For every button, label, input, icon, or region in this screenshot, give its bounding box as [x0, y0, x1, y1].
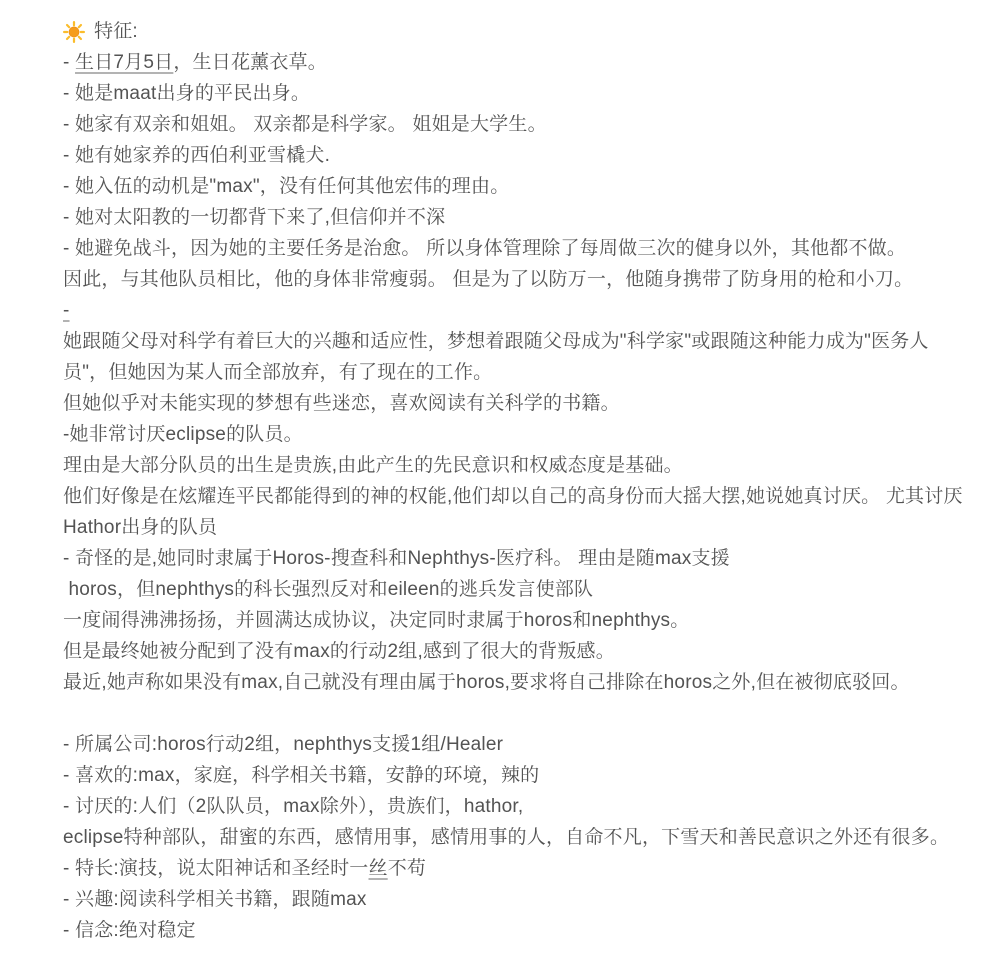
text-line: 因此，与其他队员相比，他的身体非常瘦弱。 但是为了以防万一，他随身携带了防身用的… [63, 264, 960, 295]
section-title: 特征: [94, 16, 138, 47]
text-line: - 她避免战斗，因为她的主要任务是治愈。 所以身体管理除了每周做三次的健身以外，… [63, 233, 960, 264]
text-line: - 生日7月5日，生日花薰衣草。 [63, 47, 960, 78]
text-line: - 她入伍的动机是"max"，没有任何其他宏伟的理由。 [63, 171, 960, 202]
text-line: 一度闹得沸沸扬扬，并圆满达成协议，决定同时隶属于horos和nephthys。 [63, 605, 960, 636]
text-line: - 喜欢的:max，家庭，科学相关书籍，安静的环境，辣的 [63, 760, 960, 791]
text-line: - 她对太阳教的一切都背下来了,但信仰并不深 [63, 202, 960, 233]
text-line: 最近,她声称如果没有max,自己就没有理由属于horos,要求将自己排除在hor… [63, 667, 960, 698]
section-header: 特征: [63, 16, 960, 47]
text-line [63, 698, 960, 729]
text-line: 理由是大部分队员的出生是贵族,由此产生的先民意识和权威态度是基础。 [63, 450, 960, 481]
text-line: - 她家有双亲和姐姐。 双亲都是科学家。 姐姐是大学生。 [63, 109, 960, 140]
text-line: 他们好像是在炫耀连平民都能得到的神的权能,他们却以自己的高身份而大摇大摆,她说她… [63, 481, 960, 512]
text-line: 但是最终她被分配到了没有max的行动2组,感到了很大的背叛感。 [63, 636, 960, 667]
text-line: - 讨厌的:人们（2队队员，max除外），贵族们，hathor, [63, 791, 960, 822]
text-line: - 她是maat出身的平民出身。 [63, 78, 960, 109]
text-line: horos，但nephthys的科长强烈反对和eileen的逃兵发言使部队 [63, 574, 960, 605]
text-line: 但她似乎对未能实现的梦想有些迷恋，喜欢阅读有关科学的书籍。 [63, 388, 960, 419]
text-line: -她非常讨厌eclipse的队员。 [63, 419, 960, 450]
text-body: - 生日7月5日，生日花薰衣草。- 她是maat出身的平民出身。- 她家有双亲和… [63, 47, 960, 946]
text-line: eclipse特种部队，甜蜜的东西，感情用事，感情用事的人，自命不凡，下雪天和善… [63, 822, 960, 853]
text-line: - 她有她家养的西伯利亚雪橇犬. [63, 140, 960, 171]
text-line: - 兴趣:阅读科学相关书籍，跟随max [63, 884, 960, 915]
text-line: 她跟随父母对科学有着巨大的兴趣和适应性，梦想着跟随父母成为"科学家"或跟随这种能… [63, 326, 960, 357]
text-line: - [63, 295, 960, 326]
text-line: - 特长:演技，说太阳神话和圣经时一丝不苟 [63, 853, 960, 884]
text-line: Hathor出身的队员 [63, 512, 960, 543]
sun-icon [63, 21, 85, 43]
text-line: - 所属公司:horos行动2组，nephthys支援1组/Healer [63, 729, 960, 760]
text-line: 员"，但她因为某人而全部放弃，有了现在的工作。 [63, 357, 960, 388]
text-line: - 奇怪的是,她同时隶属于Horos-搜查科和Nephthys-医疗科。 理由是… [63, 543, 960, 574]
text-line: - 信念:绝对稳定 [63, 915, 960, 946]
document: 特征: - 生日7月5日，生日花薰衣草。- 她是maat出身的平民出身。- 她家… [0, 0, 1000, 946]
